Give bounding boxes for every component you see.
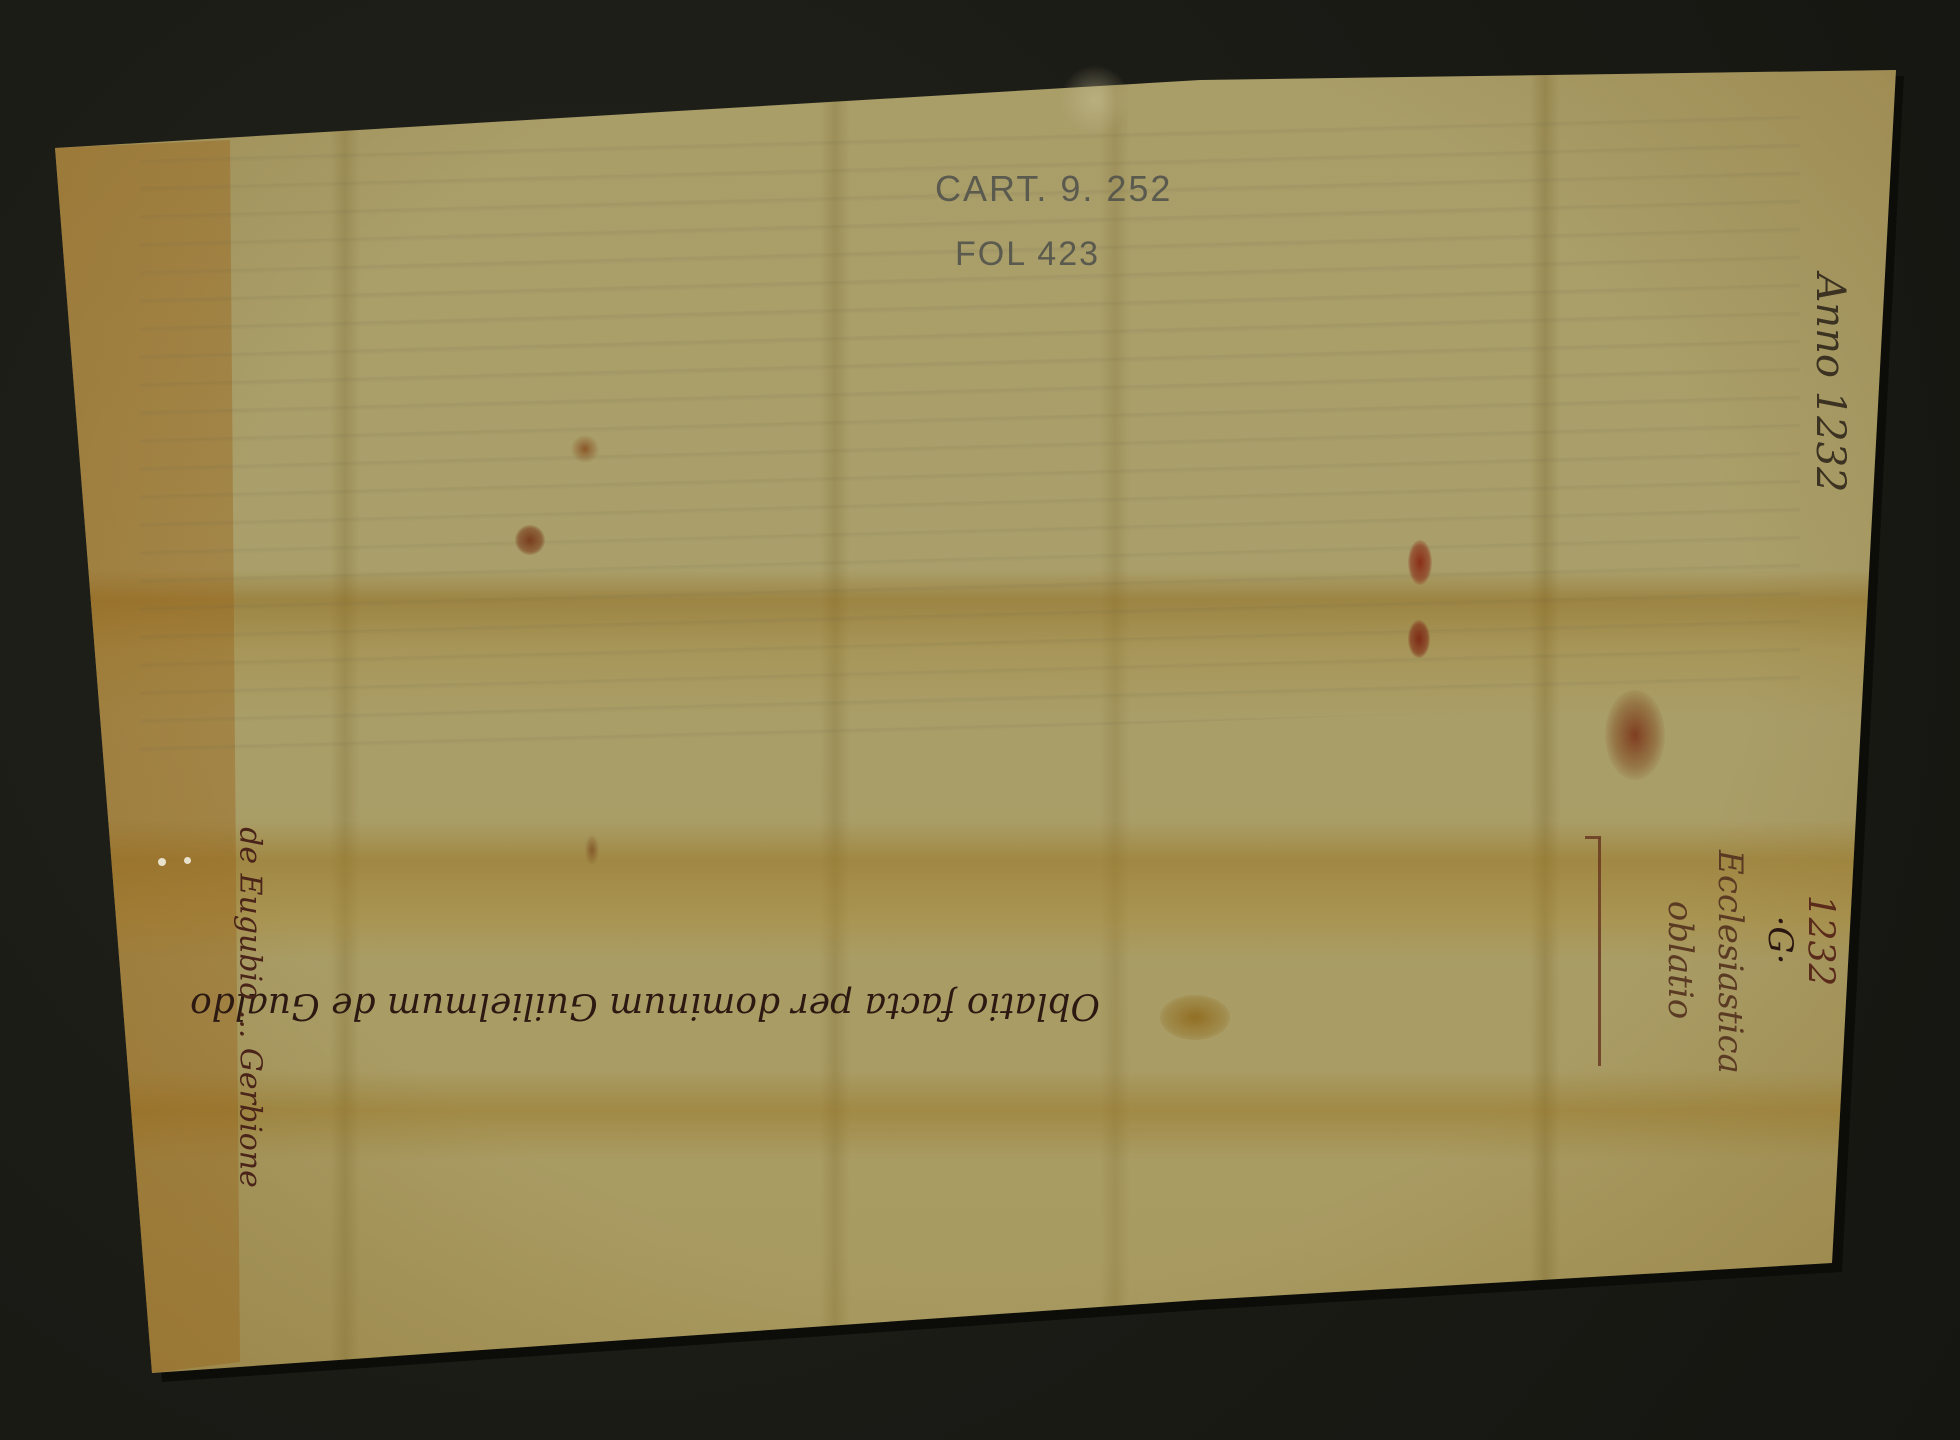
pin-hole: [184, 857, 191, 864]
document-viewer-stage: CART. 9. 252 FOL 423 Anno 1232 1232 ·G· …: [0, 0, 1960, 1440]
stain-spot: [515, 525, 545, 555]
stain-spot: [1605, 690, 1665, 780]
bracket-line-vertical: [1598, 838, 1601, 1066]
endorsement-left-vertical: de Eugubio ... Gerbione: [233, 788, 268, 1228]
marginal-note-ecclesiastica: Ecclesiastica: [1710, 850, 1750, 1070]
stain-spot: [1160, 995, 1230, 1040]
shelfmark-line-2: FOL 423: [955, 235, 1100, 274]
marginal-year-1232: 1232: [1800, 881, 1841, 1001]
stain-spot: [1060, 65, 1130, 135]
pin-hole: [158, 858, 166, 866]
marginal-letter-g: ·G·: [1760, 900, 1800, 980]
marginal-year-anno: Anno 1232: [1807, 233, 1853, 533]
stain-spot: [1408, 620, 1430, 658]
stain-spot: [1408, 540, 1432, 585]
stain-spot: [585, 835, 599, 865]
shelfmark-line-1: CART. 9. 252: [935, 168, 1172, 210]
bracket-line-hook: [1585, 836, 1601, 839]
marginal-note-oblatio: oblatio: [1660, 860, 1700, 1060]
endorsement-upside-down: Oblatio facta per dominum Guilielmum de …: [340, 985, 1100, 1026]
stain-spot: [570, 435, 600, 463]
